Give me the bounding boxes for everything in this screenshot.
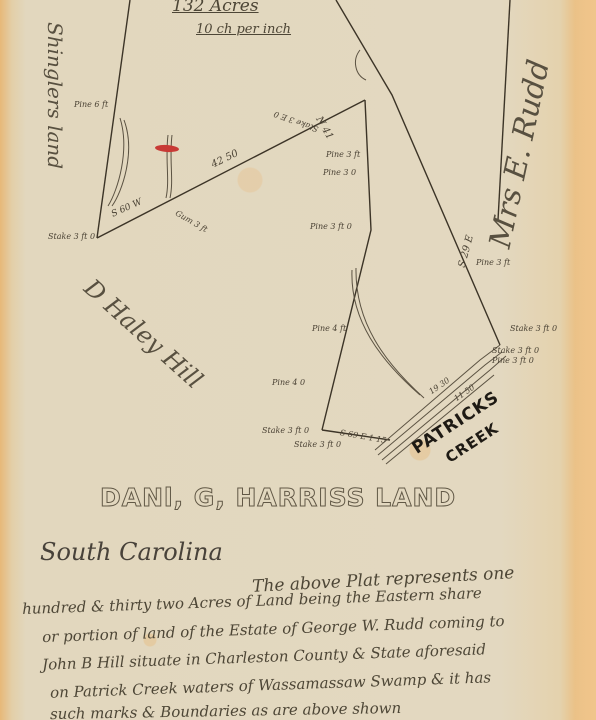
- swamp-mark-north: [355, 50, 366, 80]
- tree-label: Pine 3 ft: [326, 150, 360, 159]
- tree-label: Pine 4 0: [272, 378, 305, 387]
- branch-stream-1: [352, 270, 420, 395]
- branch-stream-2: [356, 268, 424, 398]
- tree-label: Stake 3 ft 0: [510, 324, 557, 333]
- tree-label: Pine 3 ft: [476, 258, 510, 267]
- tree-label: Pine 6 ft: [74, 100, 108, 109]
- northeast-boundary-line: [336, 0, 500, 345]
- bottom-corner-label: Stake 3 ft 0: [262, 426, 309, 435]
- adjoining-owner-left: Shinglers land: [43, 22, 67, 169]
- tree-label: Stake 3 ft 0: [492, 346, 539, 355]
- tree-label: Pine 3 0: [323, 168, 356, 177]
- swamp-mark-west-1: [108, 118, 124, 206]
- tree-label: Pine 3 ft 0: [492, 356, 534, 365]
- tree-label: Pine 3 ft 0: [310, 222, 352, 231]
- tree-label: Pine 4 ft: [312, 324, 346, 333]
- acreage-label: 132 Acres: [172, 0, 259, 16]
- scale-label: 10 ch per inch: [196, 22, 291, 37]
- corner-sw-label: Stake 3 ft 0: [48, 232, 95, 241]
- plat-title: DANl, G, HARRISS LAND: [100, 483, 456, 512]
- bottom-corner-label: Stake 3 ft 0: [294, 440, 341, 449]
- certificate-state: South Carolina: [40, 538, 223, 566]
